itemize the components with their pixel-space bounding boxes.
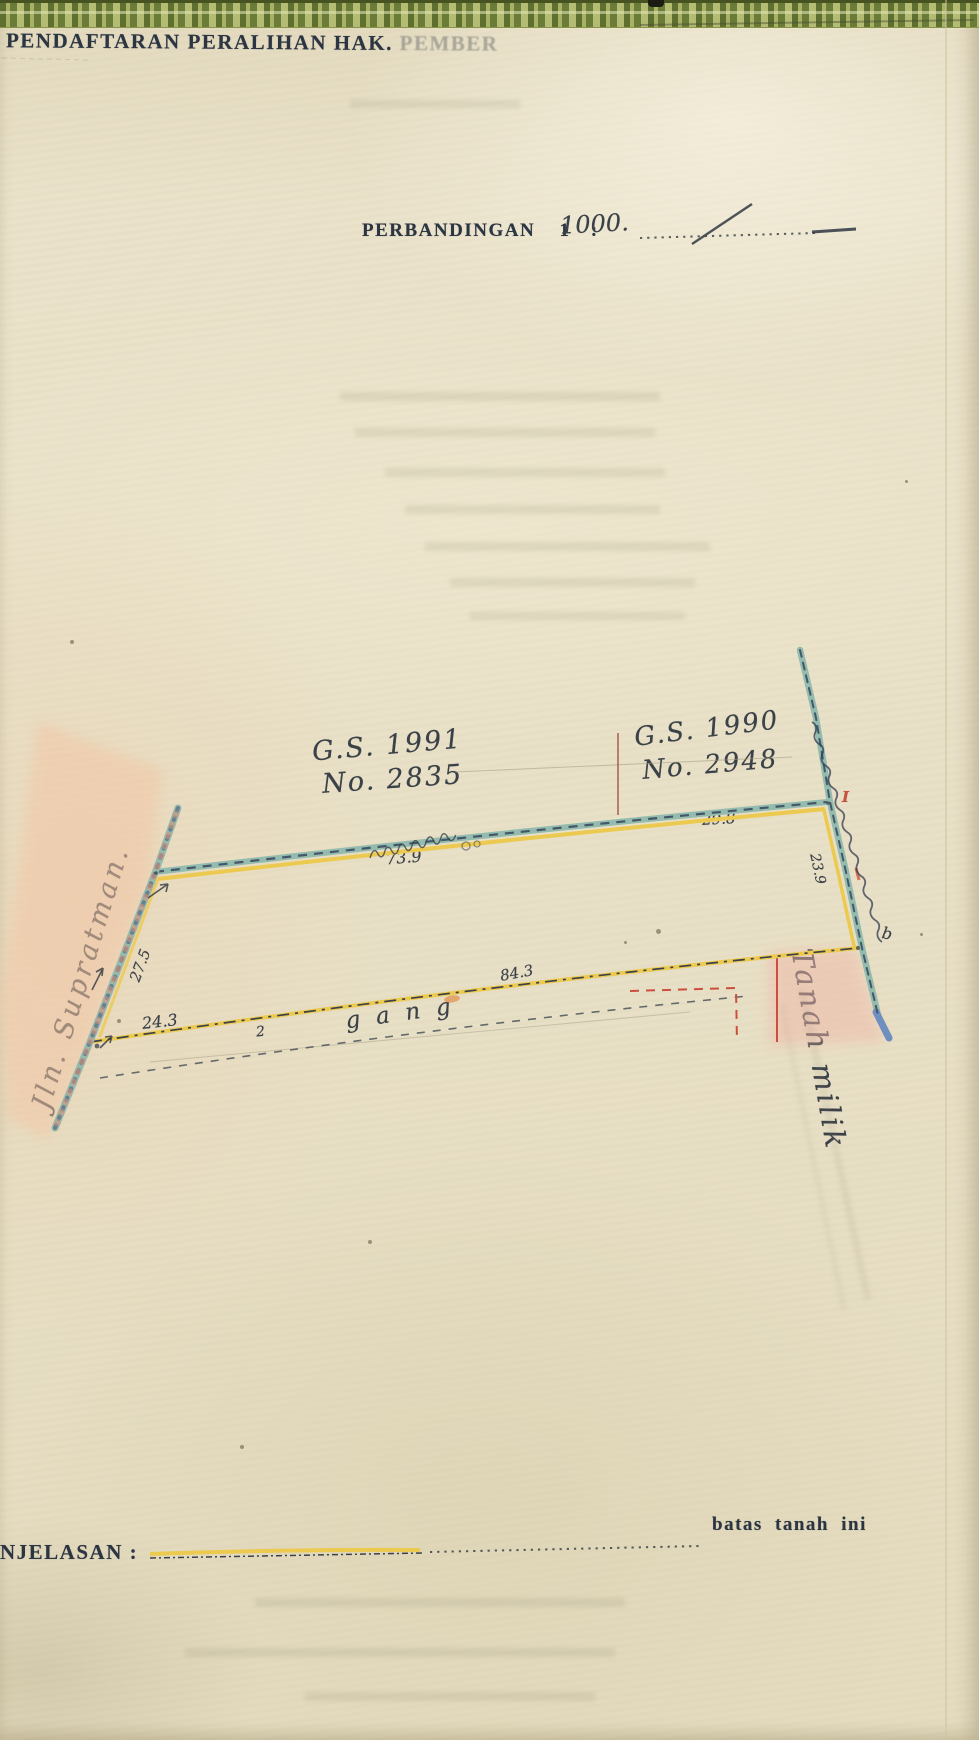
paper-speck bbox=[117, 1019, 121, 1023]
paper-speck bbox=[920, 933, 923, 936]
paper-speck bbox=[240, 1445, 244, 1449]
scale-leader bbox=[640, 204, 856, 244]
bottom-boundary-line bbox=[90, 948, 858, 1042]
bleedthrough-smudges bbox=[185, 100, 710, 1701]
paper-speck bbox=[70, 640, 74, 644]
scanned-land-document: PENDAFTARAN PERALIHAN HAK. PEMBER PERBAN… bbox=[0, 0, 979, 1740]
paper-speck bbox=[656, 929, 661, 934]
paper-speck bbox=[368, 1240, 372, 1244]
top-boundary-line bbox=[155, 802, 827, 879]
strip-underline bbox=[640, 20, 974, 25]
legend-key-lines bbox=[150, 1546, 700, 1558]
parcel-map bbox=[0, 0, 979, 1740]
paper-speck bbox=[624, 941, 627, 944]
paper-speck bbox=[905, 480, 908, 483]
